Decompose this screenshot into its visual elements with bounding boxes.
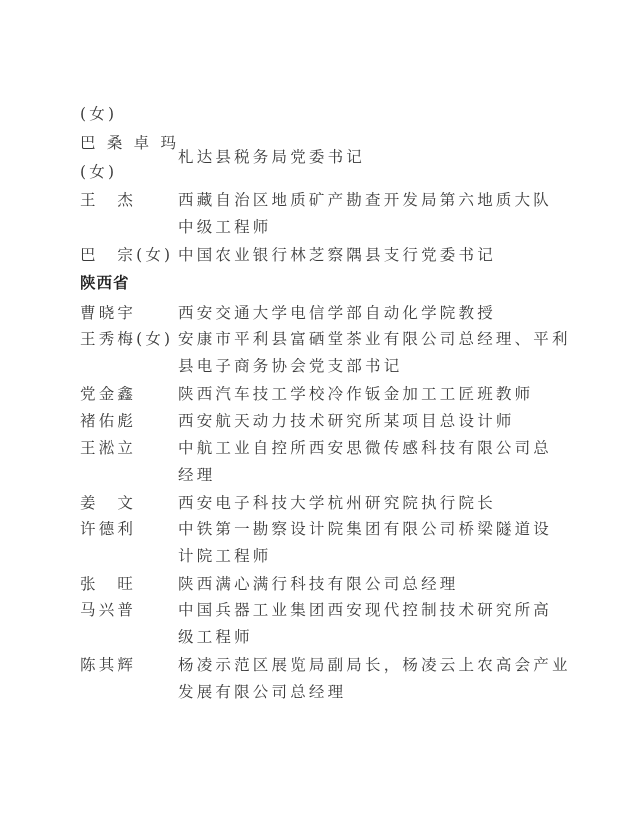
entry-name: 陈其辉 (80, 655, 136, 675)
section-heading: 陕西省 (80, 273, 130, 293)
entry-description: 级工程师 (178, 627, 253, 647)
entry-description: 杨凌示范区展览局副局长，杨凌云上农高会产业 (178, 655, 571, 675)
entry-name: 王淞立 (80, 438, 136, 458)
entry-description: 安康市平利县富硒堂茶业有限公司总经理、平利 (178, 329, 571, 349)
entry-name: 王 杰 (80, 190, 136, 210)
entry-description: 发展有限公司总经理 (178, 682, 346, 702)
entry-description: 计院工程师 (178, 546, 272, 566)
entry-name: 姜 文 (80, 493, 136, 513)
entry-description: 中铁第一勘察设计院集团有限公司桥梁隧道设 (178, 519, 552, 539)
entry-description: 中国农业银行林芝察隅县支行党委书记 (178, 245, 496, 265)
entry-description: 西安交通大学电信学部自动化学院教授 (178, 303, 496, 323)
entry-name: 巴 桑 卓 玛 (80, 133, 179, 153)
entry-description: 西安航天动力技术研究所某项目总设计师 (178, 411, 515, 431)
entry-description: 经理 (178, 465, 215, 485)
entry-description: 札达县税务局党委书记 (178, 147, 365, 167)
entry-name: (女) (80, 162, 117, 182)
entry-name: 马兴普 (80, 600, 136, 620)
entry-name: (女) (80, 104, 117, 124)
entry-name: 王秀梅(女) (80, 329, 173, 349)
entry-description: 陕西汽车技工学校冷作钣金加工工匠班教师 (178, 384, 533, 404)
entry-description: 中航工业自控所西安思微传感科技有限公司总 (178, 438, 552, 458)
entry-description: 中国兵器工业集团西安现代控制技术研究所高 (178, 600, 552, 620)
entry-description: 县电子商务协会党支部书记 (178, 356, 402, 376)
document-page: (女) 巴 桑 卓 玛 札达县税务局党委书记 (女) 王 杰 西藏自治区地质矿产… (0, 0, 640, 828)
entry-name: 党金鑫 (80, 384, 136, 404)
entry-description: 陕西满心满行科技有限公司总经理 (178, 574, 459, 594)
entry-name: 曹晓宇 (80, 303, 136, 323)
entry-description: 中级工程师 (178, 217, 272, 237)
entry-name: 许德利 (80, 519, 136, 539)
entry-description: 西安电子科技大学杭州研究院执行院长 (178, 493, 496, 513)
entry-name: 巴 宗(女) (80, 245, 173, 265)
entry-name: 褚佑彪 (80, 411, 136, 431)
entry-name: 张 旺 (80, 574, 136, 594)
entry-description: 西藏自治区地质矿产勘查开发局第六地质大队 (178, 190, 552, 210)
